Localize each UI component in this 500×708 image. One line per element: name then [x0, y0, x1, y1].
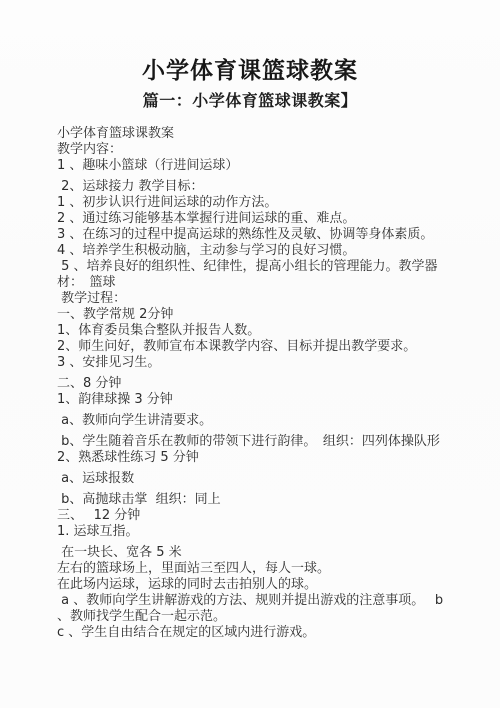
text-line: 三、 12 分钟 — [57, 508, 470, 524]
text-line: 一、教学常规 2分钟 — [57, 307, 470, 323]
text-line: 1 、趣味小篮球（行进间运球） — [57, 158, 470, 174]
text-line: a 、教师向学生讲解游戏的方法、规则并提出游戏的注意事项。 b — [57, 593, 470, 609]
text-line: 1、韵律球操 3 分钟 — [57, 392, 470, 408]
text-line: 在此场内运球，运球的同时去击拍别人的球。 — [57, 577, 470, 593]
text-line: 4 、培养学生积极动脑，主动参与学习的良好习惯。 — [57, 243, 470, 259]
page-title: 小学体育课篮球教案 — [0, 0, 500, 85]
text-line: 在一块长、宽各 5 米 — [57, 545, 470, 561]
text-line: c 、学生自由结合在规定的区域内进行游戏。 — [57, 625, 470, 641]
text-line: 2、熟悉球性练习 5 分钟 — [57, 450, 470, 466]
text-line: 小学体育篮球课教案 — [57, 126, 470, 142]
text-line: 教学内容： — [57, 142, 470, 158]
title-block: 小学体育课篮球教案 篇一：小学体育篮球课教案】 — [0, 0, 500, 110]
text-line: 教学过程： — [57, 291, 470, 307]
text-line: a、运球报数 — [57, 471, 470, 487]
text-line: 5 、培养良好的组织性、纪律性，提高小组长的管理能力。教学器 — [57, 259, 470, 275]
text-line: 2、师生问好，教师宣布本课教学内容、目标并提出教学要求。 — [57, 339, 470, 355]
document-page: 小学体育课篮球教案 篇一：小学体育篮球课教案】 小学体育篮球课教案 教学内容： … — [0, 0, 500, 708]
text-line: 3 、安排见习生。 — [57, 355, 470, 371]
document-body: 小学体育篮球课教案 教学内容： 1 、趣味小篮球（行进间运球） 2、运球接力 教… — [57, 126, 470, 641]
text-line: 1. 运球互指。 — [57, 524, 470, 540]
text-line: 2 、通过练习能够基本掌握行进间运球的重、难点。 — [57, 211, 470, 227]
text-line: 左右的篮球场上，里面站三至四人，每人一球。 — [57, 561, 470, 577]
text-line: 3 、在练习的过程中提高运球的熟练性及灵敏、协调等身体素质。 — [57, 227, 470, 243]
text-line: 1、体育委员集合整队并报告人数。 — [57, 323, 470, 339]
text-line: a、教师向学生讲清要求。 — [57, 413, 470, 429]
text-line: b、高抛球击掌 组织：同上 — [57, 492, 470, 508]
page-subtitle: 篇一：小学体育篮球课教案】 — [0, 91, 500, 110]
text-line: 材： 篮球 — [57, 275, 470, 291]
text-line: 1 、初步认识行进间运球的动作方法。 — [57, 195, 470, 211]
text-line: b、学生随着音乐在教师的带领下进行韵律。 组织：四列体操队形 — [57, 434, 470, 450]
text-line: 、教师找学生配合一起示范。 — [57, 609, 470, 625]
text-line: 2、运球接力 教学目标： — [57, 179, 470, 195]
text-line: 二、8 分钟 — [57, 376, 470, 392]
